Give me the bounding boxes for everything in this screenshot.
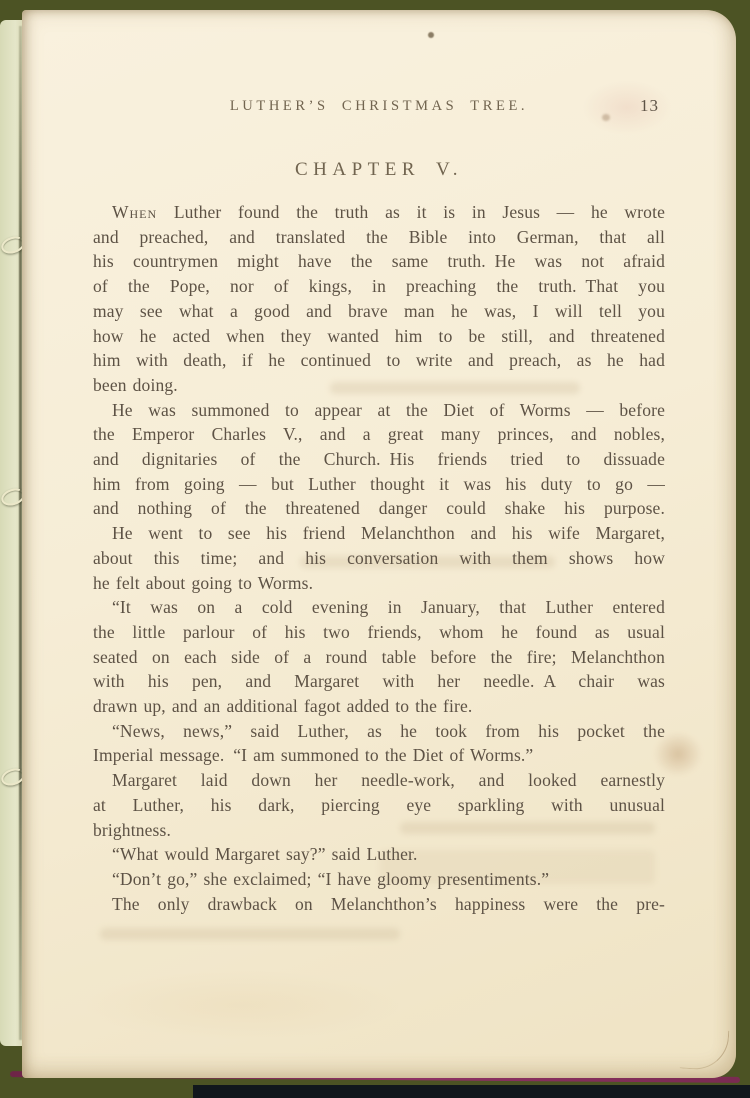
text-line: he felt about going to Worms.: [93, 571, 665, 596]
text-line: brightness.: [93, 818, 665, 843]
paragraph: The only drawback on Melanchthon’s happi…: [93, 892, 665, 917]
text-line: about this time; and his conversation wi…: [93, 546, 665, 571]
chapter-heading: CHAPTER V.: [93, 159, 665, 181]
text-line: Imperial message. “I am summoned to the …: [93, 743, 665, 768]
text-line: and nothing of the threatened danger cou…: [93, 496, 665, 521]
text-line: him with death, if he continued to write…: [93, 348, 665, 373]
text-line: The only drawback on Melanchthon’s happi…: [93, 892, 665, 917]
text-line: Margaret laid down her needle-work, and …: [93, 768, 665, 793]
text-line: When Luther found the truth as it is in …: [93, 200, 665, 225]
text-line: He was summoned to appear at the Diet of…: [93, 398, 665, 423]
paragraph: When Luther found the truth as it is in …: [93, 200, 665, 398]
book-page: LUTHER’S CHRISTMAS TREE. 13 CHAPTER V. W…: [22, 10, 736, 1078]
running-header-row: LUTHER’S CHRISTMAS TREE. 13: [93, 98, 665, 120]
text-line: at Luther, his dark, piercing eye sparkl…: [93, 793, 665, 818]
paragraph: He was summoned to appear at the Diet of…: [93, 398, 665, 522]
text-line: “It was on a cold evening in January, th…: [93, 595, 665, 620]
text-line: the Emperor Charles V., and a great many…: [93, 422, 665, 447]
scan-shadow: [193, 1085, 750, 1098]
text-line: and preached, and translated the Bible i…: [93, 225, 665, 250]
text-line: “What would Margaret say?” said Luther.: [93, 842, 665, 867]
text-line: with his pen, and Margaret with her need…: [93, 669, 665, 694]
page-corner-crease: [680, 1027, 730, 1071]
text-line: his countrymen might have the same truth…: [93, 249, 665, 274]
text-line: the little parlour of his two friends, w…: [93, 620, 665, 645]
text-line: may see what a good and brave man he was…: [93, 299, 665, 324]
page-number: 13: [640, 96, 659, 116]
page-text: When Luther found the truth as it is in …: [93, 200, 665, 916]
text-line: and dignitaries of the Church. His frien…: [93, 447, 665, 472]
paragraph: “What would Margaret say?” said Luther.: [93, 842, 665, 867]
text-line: been doing.: [93, 373, 665, 398]
text-line: He went to see his friend Melanchthon an…: [93, 521, 665, 546]
text-line: how he acted when they wanted him to be …: [93, 324, 665, 349]
text-line: “News, news,” said Luther, as he took fr…: [93, 719, 665, 744]
text-line: drawn up, and an additional fagot added …: [93, 694, 665, 719]
text-line: “Don’t go,” she exclaimed; “I have gloom…: [93, 867, 665, 892]
show-through-text: [100, 928, 400, 940]
smallcaps-lead: When: [112, 202, 157, 222]
paragraph: “News, news,” said Luther, as he took fr…: [93, 719, 665, 768]
paragraph: Margaret laid down her needle-work, and …: [93, 768, 665, 842]
paragraph: “Don’t go,” she exclaimed; “I have gloom…: [93, 867, 665, 892]
ink-speck: [428, 32, 434, 38]
book-scan: LUTHER’S CHRISTMAS TREE. 13 CHAPTER V. W…: [0, 0, 750, 1098]
running-header: LUTHER’S CHRISTMAS TREE.: [93, 98, 665, 115]
text-line: him from going — but Luther thought it w…: [93, 472, 665, 497]
text-line: seated on each side of a round table bef…: [93, 645, 665, 670]
paragraph: “It was on a cold evening in January, th…: [93, 595, 665, 719]
paragraph: He went to see his friend Melanchthon an…: [93, 521, 665, 595]
paper-discoloration: [82, 970, 402, 1040]
text-line: of the Pope, nor of kings, in preaching …: [93, 274, 665, 299]
